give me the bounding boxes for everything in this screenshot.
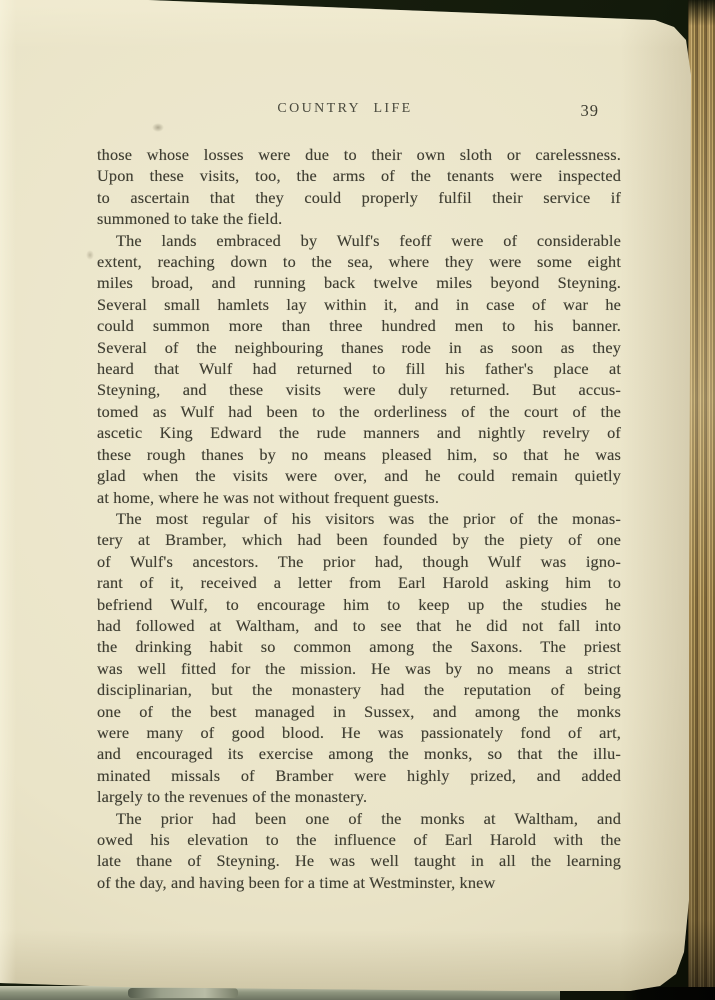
text-line: was well fitted for the mission. He was … bbox=[97, 658, 621, 679]
text-line: miles broad, and running back twelve mil… bbox=[97, 272, 621, 293]
text-line: The lands embraced by Wulf's feoff were … bbox=[97, 230, 621, 251]
text-line: and encouraged its exercise among the mo… bbox=[97, 743, 621, 764]
paragraph: The prior had been one of the monks at W… bbox=[97, 808, 621, 894]
text-line: disciplinarian, but the monastery had th… bbox=[97, 679, 621, 700]
text-line: befriend Wulf, to encourage him to keep … bbox=[97, 594, 621, 615]
text-line: largely to the revenues of the monastery… bbox=[97, 786, 621, 807]
text-line: Upon these visits, too, the arms of the … bbox=[97, 165, 621, 186]
text-line: had followed at Waltham, and to see that… bbox=[97, 615, 621, 636]
text-line: tomed as Wulf had been to the orderlines… bbox=[97, 401, 621, 422]
book-page: COUNTRY LIFE 39 those whose losses were … bbox=[0, 0, 715, 1000]
text-line: these rough thanes by no means pleased h… bbox=[97, 444, 621, 465]
paragraph: those whose losses were due to their own… bbox=[97, 144, 621, 230]
text-line: Steyning, and these visits were duly ret… bbox=[97, 379, 621, 400]
text-line: glad when the visits were over, and he c… bbox=[97, 465, 621, 486]
text-line: those whose losses were due to their own… bbox=[97, 144, 621, 165]
header-title: COUNTRY LIFE bbox=[83, 101, 607, 117]
text-line: of the day, and having been for a time a… bbox=[97, 872, 621, 893]
paragraph: The lands embraced by Wulf's feoff were … bbox=[97, 230, 621, 508]
text-line: heard that Wulf had returned to fill his… bbox=[97, 358, 621, 379]
text-line: Several small hamlets lay within it, and… bbox=[97, 294, 621, 315]
text-line: one of the best managed in Sussex, and a… bbox=[97, 701, 621, 722]
text-line: late thane of Steyning. He was well taug… bbox=[97, 850, 621, 871]
book-photo: COUNTRY LIFE 39 those whose losses were … bbox=[0, 0, 715, 1000]
text-line: minated missals of Bramber were highly p… bbox=[97, 765, 621, 786]
text-line: ascetic King Edward the rude manners and… bbox=[97, 422, 621, 443]
text-block: those whose losses were due to their own… bbox=[97, 144, 621, 893]
text-line: the drinking habit so common among the S… bbox=[97, 636, 621, 657]
page-content: COUNTRY LIFE 39 those whose losses were … bbox=[97, 0, 621, 893]
running-header: COUNTRY LIFE 39 bbox=[97, 101, 621, 121]
text-line: were many of good blood. He was passiona… bbox=[97, 722, 621, 743]
text-line: rant of it, received a letter from Earl … bbox=[97, 572, 621, 593]
text-line: owed his elevation to the influence of E… bbox=[97, 829, 621, 850]
text-line: of Wulf's ancestors. The prior had, thou… bbox=[97, 551, 621, 572]
text-line: tery at Bramber, which had been founded … bbox=[97, 529, 621, 550]
page-smudge bbox=[86, 250, 94, 260]
text-line: to ascertain that they could properly fu… bbox=[97, 187, 621, 208]
text-line: summoned to take the field. bbox=[97, 208, 621, 229]
page-stack-edge bbox=[688, 0, 715, 1000]
text-line: The most regular of his visitors was the… bbox=[97, 508, 621, 529]
text-line: at home, where he was not without freque… bbox=[97, 487, 621, 508]
page-number: 39 bbox=[581, 101, 600, 121]
text-line: extent, reaching down to the sea, where … bbox=[97, 251, 621, 272]
paragraph: The most regular of his visitors was the… bbox=[97, 508, 621, 808]
text-line: Several of the neighbouring thanes rode … bbox=[97, 337, 621, 358]
text-line: The prior had been one of the monks at W… bbox=[97, 808, 621, 829]
text-line: could summon more than three hundred men… bbox=[97, 315, 621, 336]
